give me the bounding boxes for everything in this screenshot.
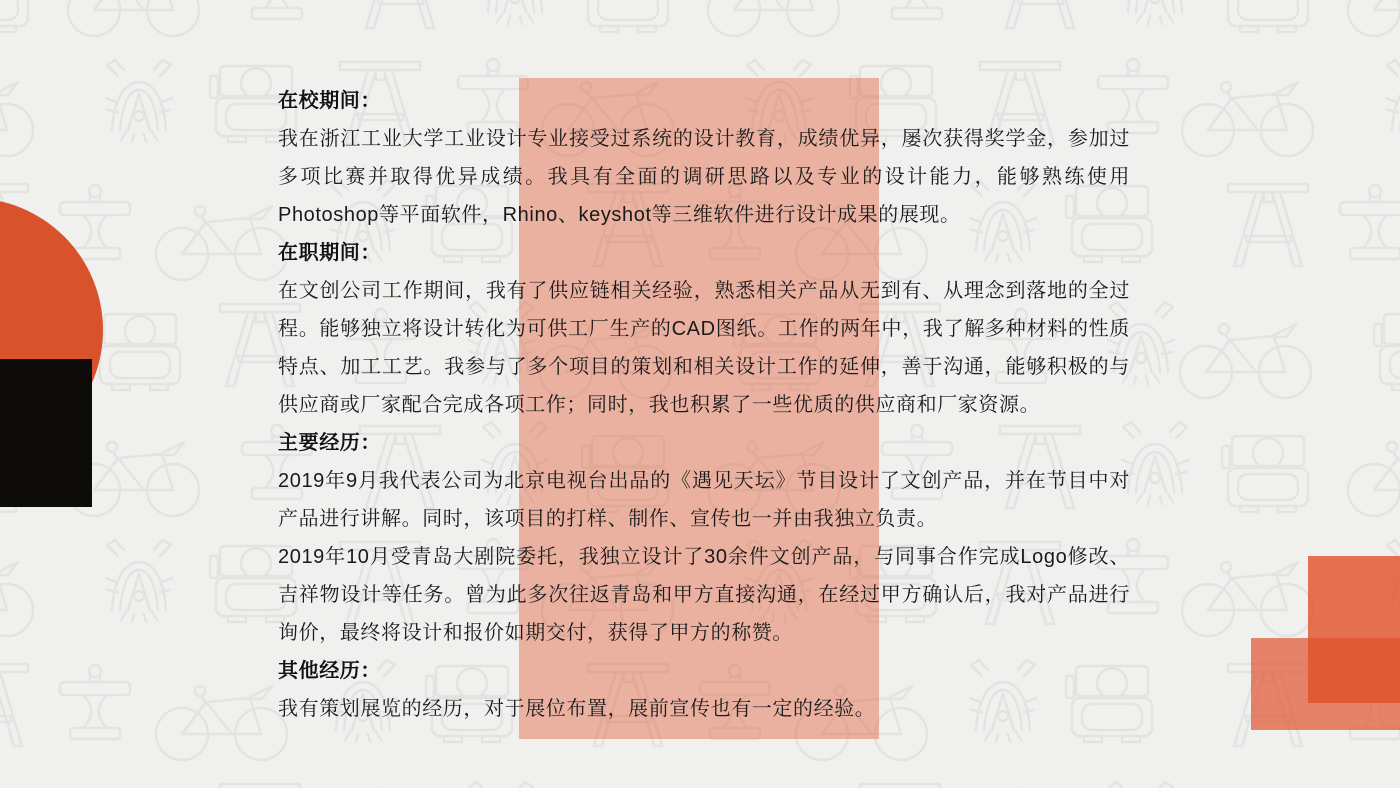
black-rectangle-shape: [0, 359, 92, 507]
section-heading: 在校期间：: [278, 82, 1130, 120]
section-heading: 在职期间：: [278, 234, 1130, 272]
resume-slide: 在校期间：我在浙江工业大学工业设计专业接受过系统的设计教育，成绩优异，屡次获得奖…: [0, 0, 1400, 788]
section-paragraph: 2019年10月受青岛大剧院委托，我独立设计了30余件文创产品，与同事合作完成L…: [278, 538, 1130, 652]
section-paragraph: 在文创公司工作期间，我有了供应链相关经验，熟悉相关产品从无到有、从理念到落地的全…: [278, 272, 1130, 424]
experience-sections: 在校期间：我在浙江工业大学工业设计专业接受过系统的设计教育，成绩优异，屡次获得奖…: [278, 82, 1130, 728]
section-paragraph: 2019年9月我代表公司为北京电视台出品的《遇见天坛》节目设计了文创产品，并在节…: [278, 462, 1130, 538]
section-paragraph: 我有策划展览的经历，对于展位布置，展前宣传也有一定的经验。: [278, 690, 1130, 728]
orange-rect-dark-shape: [1308, 556, 1400, 703]
section-paragraph: 我在浙江工业大学工业设计专业接受过系统的设计教育，成绩优异，屡次获得奖学金，参加…: [278, 120, 1130, 234]
section-heading: 其他经历：: [278, 652, 1130, 690]
section-heading: 主要经历：: [278, 424, 1130, 462]
